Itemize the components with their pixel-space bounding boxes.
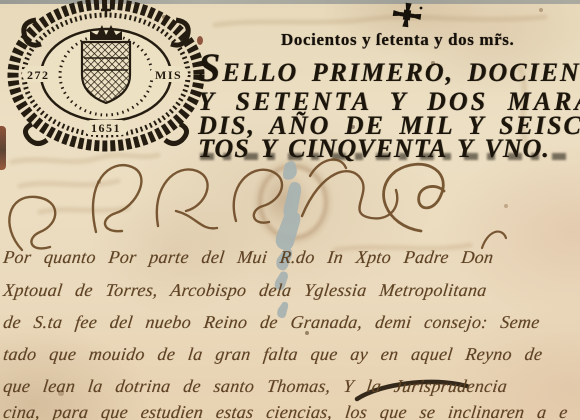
manuscript-line: Xptoual de Torres, Arcobispo dela Ygless… [2,280,488,301]
manuscript-line: de S.ta fee del nuebo Reino de Granada, … [2,312,541,333]
seal-shield [82,42,130,103]
document-page: 272 MIS 1651 Docientos y ſetenta y dos m… [0,0,580,420]
manuscript-line: que lean la dotrina de santo Thomas, Y l… [2,376,508,397]
tape-repair-mark [260,150,320,330]
manuscript-line: tado que mouido de la gran falta que ay … [2,344,544,365]
seal-left-value: 272 [27,68,50,82]
tax-stamp-seal: 272 MIS 1651 [6,0,206,154]
manuscript-line: cina, para que estudien estas ciencias, … [2,402,569,420]
seal-right-value: MIS [155,68,182,82]
maltese-cross-icon [391,2,423,28]
sello-printed-line: SELLO PRIMERO, DOCIENT [198,55,580,88]
manuscript-line: Por quanto Por parte del Mui R.do In Xpt… [2,247,495,268]
seal-top-cross [101,5,111,17]
paper-specks [0,0,2,2]
ink-smear [200,153,572,160]
seal-year: 1651 [91,121,121,135]
fee-line: Docientos y ſetenta y dos mr̃s. [281,30,514,50]
